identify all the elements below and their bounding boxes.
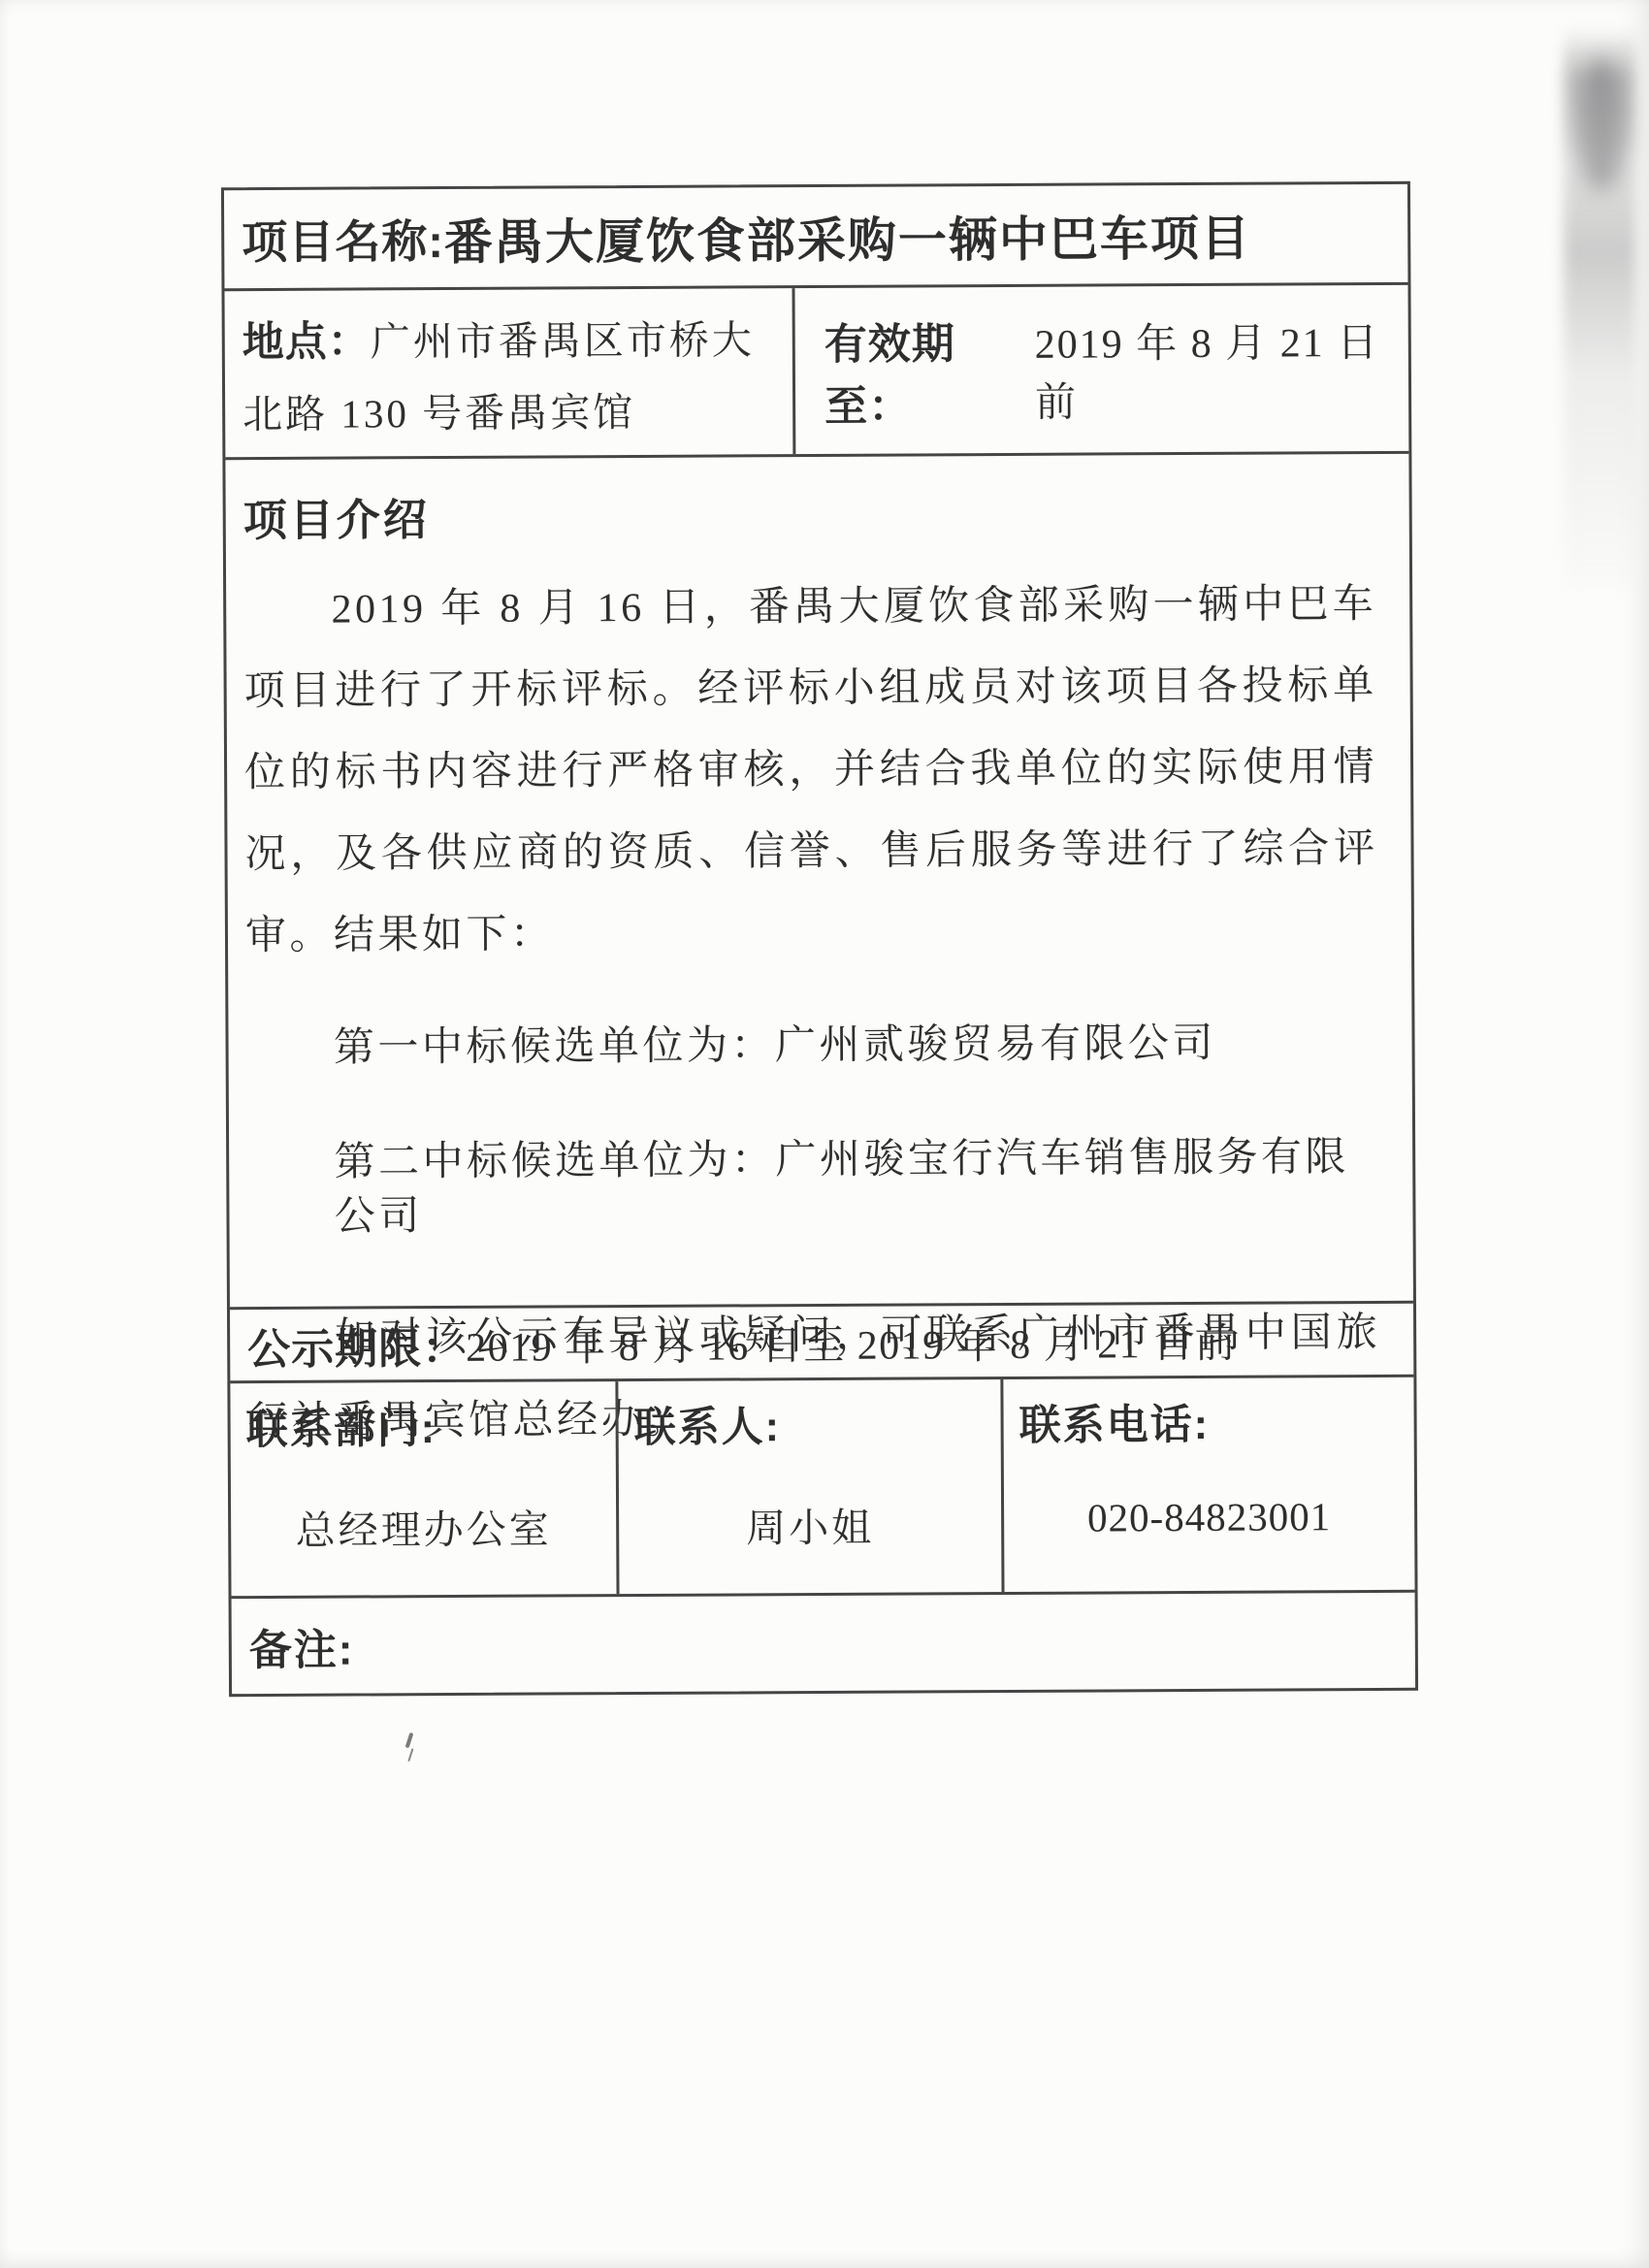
tender-announcement-table: 项目名称:番禺大厦饮食部采购一辆中巴车项目 地点：广州市番禺区市桥大北路 130… [221, 181, 1418, 1697]
project-name-row: 项目名称:番禺大厦饮食部采购一辆中巴车项目 [224, 184, 1408, 291]
first-candidate-line: 第一中标候选单位为：广州贰骏贸易有限公司 [245, 1016, 1378, 1076]
contact-dept-label: 联系部门: [230, 1395, 615, 1456]
scan-smudge-blob [1577, 56, 1626, 192]
remarks-row: 备注: [232, 1593, 1415, 1694]
contact-phone-cell: 联系电话: 020-84823001 [1003, 1377, 1414, 1592]
publicity-period-label: 公示期限： [247, 1312, 466, 1376]
validity-cell: 有效期至：2019 年 8 月 21 日前 [794, 285, 1408, 454]
validity-value: 2019 年 8 月 21 日前 [1035, 309, 1409, 428]
project-name-value: 番禺大厦饮食部采购一辆中巴车项目 [444, 199, 1251, 273]
remarks-label: 备注: [249, 1615, 355, 1678]
project-name-label: 项目名称: [242, 206, 444, 272]
contact-dept-value: 总经理办公室 [231, 1497, 616, 1556]
contact-phone-label: 联系电话: [1003, 1391, 1413, 1452]
contact-dept-cell: 联系部门: 总经理办公室 [230, 1381, 619, 1596]
location-cell: 地点：广州市番禺区市桥大北路 130 号番禺宾馆 [224, 288, 795, 457]
location-validity-row: 地点：广州市番禺区市桥大北路 130 号番禺宾馆 有效期至：2019 年 8 月… [224, 285, 1408, 460]
intro-title: 项目介绍 [243, 479, 1376, 548]
intro-paragraph: 2019 年 8 月 16 日，番禺大厦饮食部采购一辆中巴车项目进行了开标评标。… [243, 564, 1378, 977]
contact-person-cell: 联系人: 周小姐 [618, 1379, 1004, 1594]
second-candidate-line: 第二中标候选单位为：广州骏宝行汽车销售服务有限公司 [246, 1130, 1380, 1245]
project-intro-section: 项目介绍 2019 年 8 月 16 日，番禺大厦饮食部采购一辆中巴车项目进行了… [225, 454, 1413, 1310]
location-label: 地点： [242, 318, 371, 366]
contacts-row: 联系部门: 总经理办公室 联系人: 周小姐 联系电话: 020-84823001 [230, 1377, 1414, 1599]
contact-person-value: 周小姐 [619, 1495, 1001, 1554]
contact-phone-value: 020-84823001 [1004, 1493, 1414, 1541]
scanned-document-page: 项目名称:番禺大厦饮食部采购一辆中巴车项目 地点：广州市番禺区市桥大北路 130… [0, 0, 1649, 2268]
contact-person-label: 联系人: [618, 1393, 1000, 1454]
publicity-period-value: 2019 年 8 月 16 日至 2019 年 8 月 21 日前 [466, 1311, 1237, 1373]
ink-speck [405, 1733, 414, 1748]
validity-label: 有效期至： [824, 308, 1036, 433]
